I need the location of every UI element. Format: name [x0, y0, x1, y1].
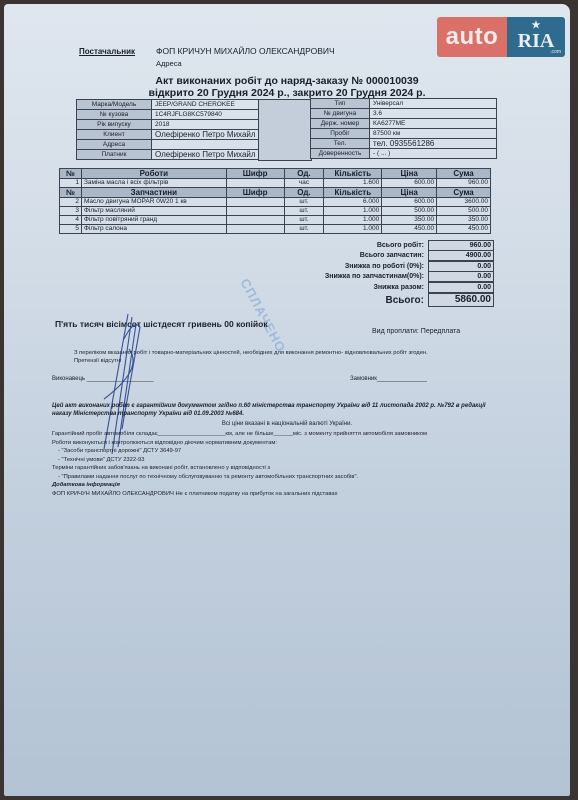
total-row: Всього робіт:960.00 — [244, 240, 494, 251]
info-value — [152, 140, 263, 150]
cell-price: 600.00 — [382, 198, 437, 207]
cell-sum: 500.00 — [437, 207, 491, 216]
document-title: Акт виконаних робіт до наряд-заказу № 00… — [4, 75, 570, 87]
info-value: КА6277МЕ — [370, 119, 497, 129]
column-header: Сума — [437, 188, 491, 198]
cell-code — [226, 179, 284, 188]
total-label: Всього робіт: — [377, 242, 428, 249]
grand-total-value: 5860.00 — [428, 293, 494, 307]
cell-qty: 1.000 — [324, 216, 382, 225]
info-value: Олефіренко Петро Михайл — [152, 150, 263, 160]
info-row: ПлатникОлефіренко Петро Михайл — [77, 150, 263, 160]
supplier-name: ФОП КРИЧУН МИХАЙЛО ОЛЕКСАНДРОВИЧ — [156, 46, 335, 56]
info-label: Клиент — [77, 130, 152, 140]
cell-name: Фільтр повітряний гранд — [81, 216, 226, 225]
extra-info-text: ФОП КРИЧУН МИХАЙЛО ОЛЕКСАНДРОВИЧ Не є пл… — [52, 490, 512, 499]
info-value: 2018 — [152, 120, 263, 130]
table-row: 5Фільтр салонашт.1.000450.00450.00 — [60, 225, 491, 234]
cell-no: 5 — [60, 225, 82, 234]
cell-price: 350.00 — [382, 216, 437, 225]
total-row: Знижка по роботі (0%):0.00 — [244, 261, 494, 272]
warranty-section: Гарантійний пробіг автомобіля складає___… — [52, 430, 512, 498]
column-header: Роботи — [81, 169, 226, 179]
norm-item: - "Технічні умови" ДСТУ 2322-93 — [52, 456, 512, 465]
info-value: JEEP/GRAND CHEROKEE — [152, 100, 263, 110]
supplier-address-label: Адреса — [156, 59, 182, 68]
totals-block: Всього робіт:960.00Всього запчастин:4900… — [244, 240, 494, 308]
items-table: №РоботиШифрОд.КількістьЦінаСума1Заміна м… — [59, 168, 491, 234]
logo-ria-text: RIA — [518, 30, 555, 53]
info-value: Олефіренко Петро Михайл — [152, 130, 263, 140]
logo-auto-text: auto — [437, 17, 507, 57]
info-row: Держ. номерКА6277МЕ — [311, 119, 497, 129]
total-value: 0.00 — [428, 261, 494, 272]
info-row: Доверенность- ( ... ) — [311, 149, 497, 159]
column-header: № — [60, 188, 82, 198]
grand-total-label: Всього: — [385, 295, 428, 306]
total-label: Всього запчастин: — [360, 252, 428, 259]
column-header: № — [60, 169, 82, 179]
cell-code — [226, 198, 284, 207]
cell-sum: 450.00 — [437, 225, 491, 234]
info-value: 1C4RJFLG8KC579840 — [152, 110, 263, 120]
info-value: - ( ... ) — [370, 149, 497, 159]
info-row: Пробіг87500 км — [311, 129, 497, 139]
table-row: 3Фільтр маслянийшт.1.000500.00500.00 — [60, 207, 491, 216]
info-row: № кузова1C4RJFLG8KC579840 — [77, 110, 263, 120]
info-value: 87500 км — [370, 129, 497, 139]
cell-name: Фільтр салона — [81, 225, 226, 234]
total-value: 960.00 — [428, 240, 494, 251]
cell-price: 600.00 — [382, 179, 437, 188]
cell-sum: 3600.00 — [437, 198, 491, 207]
cell-price: 500.00 — [382, 207, 437, 216]
warranty-mileage: Гарантійний пробіг автомобіля складає___… — [52, 430, 512, 439]
legal-note: Цей акт виконаних робіт є гарантійним до… — [52, 402, 502, 418]
currency-note: Всі ціни вказані в національній валюті У… — [4, 421, 570, 427]
table-header-row: №ЗапчастиниШифрОд.КількістьЦінаСума — [60, 188, 491, 198]
column-header: Кількість — [324, 188, 382, 198]
cell-code — [226, 225, 284, 234]
info-value: тел. 0935561286 — [370, 139, 497, 149]
cell-code — [226, 207, 284, 216]
table-header-row: №РоботиШифрОд.КількістьЦінаСума — [60, 169, 491, 179]
info-label: Платник — [77, 150, 152, 160]
column-header: Шифр — [226, 188, 284, 198]
cell-unit: час — [284, 179, 324, 188]
column-header: Ціна — [382, 188, 437, 198]
vehicle-info-left: Марка/МодельJEEP/GRAND CHEROKEE№ кузова1… — [76, 99, 263, 160]
total-label: Знижка разом: — [374, 284, 428, 291]
cell-unit: шт. — [284, 216, 324, 225]
total-row: Знижка по запчастинам(0%):0.00 — [244, 272, 494, 283]
column-header: Кількість — [324, 169, 382, 179]
info-label: Пробіг — [311, 129, 370, 139]
table-row: 4Фільтр повітряний грандшт.1.000350.0035… — [60, 216, 491, 225]
cell-qty: 1.000 — [324, 225, 382, 234]
cell-name: Масло двигуна MOPAR 0W20 1 кв — [81, 198, 226, 207]
cell-unit: шт. — [284, 198, 324, 207]
total-row: Всього запчастин:4900.00 — [244, 251, 494, 262]
column-header: Шифр — [226, 169, 284, 179]
warranty-terms: Терміни гарантійних забов'язань на викон… — [52, 464, 512, 473]
total-label: Знижка по запчастинам(0%): — [325, 273, 428, 280]
payment-type: Вид проплати: Передплата — [372, 328, 460, 335]
cell-no: 3 — [60, 207, 82, 216]
column-header: Од. — [284, 169, 324, 179]
column-header: Запчастини — [81, 188, 226, 198]
cell-no: 2 — [60, 198, 82, 207]
info-row: ТипУніверсал — [311, 99, 497, 109]
total-label: Знижка по роботі (0%): — [345, 263, 428, 270]
column-header: Сума — [437, 169, 491, 179]
total-value: 4900.00 — [428, 250, 494, 261]
cell-qty: 1.600 — [324, 179, 382, 188]
norms-intro: Роботи виконуються і контролюються відпо… — [52, 439, 512, 448]
cell-unit: шт. — [284, 225, 324, 234]
warranty-rules: - "Правилами надання послуг по технічном… — [52, 473, 512, 482]
info-label: Рік випуску — [77, 120, 152, 130]
info-label: Доверенность — [311, 149, 370, 159]
info-label: № двигуна — [311, 109, 370, 119]
document-page: auto ★ RIA .com Постачальник ФОП КРИЧУН … — [4, 4, 570, 796]
logo-com-text: .com — [550, 49, 561, 55]
extra-info-label: Додаткова інформація — [52, 481, 512, 490]
cell-name: Заміна масла і всіх фільтрів — [81, 179, 226, 188]
grand-total-row: Всього:5860.00 — [244, 293, 494, 308]
info-row: Тел.тел. 0935561286 — [311, 139, 497, 149]
cell-sum: 350.00 — [437, 216, 491, 225]
info-label: № кузова — [77, 110, 152, 120]
cell-price: 450.00 — [382, 225, 437, 234]
column-header: Ціна — [382, 169, 437, 179]
total-row: Знижка разом:0.00 — [244, 282, 494, 293]
table-row: 1Заміна масла і всіх фільтрівчас1.600600… — [60, 179, 491, 188]
cell-no: 4 — [60, 216, 82, 225]
info-blank-cell — [258, 99, 312, 161]
table-row: 2Масло двигуна MOPAR 0W20 1 квшт.6.00060… — [60, 198, 491, 207]
info-row: Рік випуску2018 — [77, 120, 263, 130]
cell-code — [226, 216, 284, 225]
cell-qty: 1.000 — [324, 207, 382, 216]
info-label: Адреса — [77, 140, 152, 150]
cell-no: 1 — [60, 179, 82, 188]
info-label: Марка/Модель — [77, 100, 152, 110]
cell-name: Фільтр масляний — [81, 207, 226, 216]
autoria-logo: auto ★ RIA .com — [437, 17, 565, 57]
info-label: Держ. номер — [311, 119, 370, 129]
supplier-label: Постачальник — [79, 47, 135, 56]
vehicle-info-right: ТипУніверсал№ двигуна3.6Держ. номерКА627… — [310, 98, 497, 159]
info-label: Тел. — [311, 139, 370, 149]
info-row: Марка/МодельJEEP/GRAND CHEROKEE — [77, 100, 263, 110]
info-row: КлиентОлефіренко Петро Михайл — [77, 130, 263, 140]
total-value: 0.00 — [428, 282, 494, 293]
info-label: Тип — [311, 99, 370, 109]
column-header: Од. — [284, 188, 324, 198]
norm-item: - "Засоби транспортні дорожні" ДСТУ 3649… — [52, 447, 512, 456]
customer-signature-line: Замовник_______________ — [350, 376, 427, 382]
info-value: 3.6 — [370, 109, 497, 119]
info-row: № двигуна3.6 — [311, 109, 497, 119]
cell-qty: 6.000 — [324, 198, 382, 207]
logo-ria-block: ★ RIA .com — [507, 17, 565, 57]
cell-sum: 960.00 — [437, 179, 491, 188]
star-icon: ★ — [532, 22, 541, 30]
cell-unit: шт. — [284, 207, 324, 216]
total-value: 0.00 — [428, 271, 494, 282]
info-row: Адреса — [77, 140, 263, 150]
info-value: Універсал — [370, 99, 497, 109]
